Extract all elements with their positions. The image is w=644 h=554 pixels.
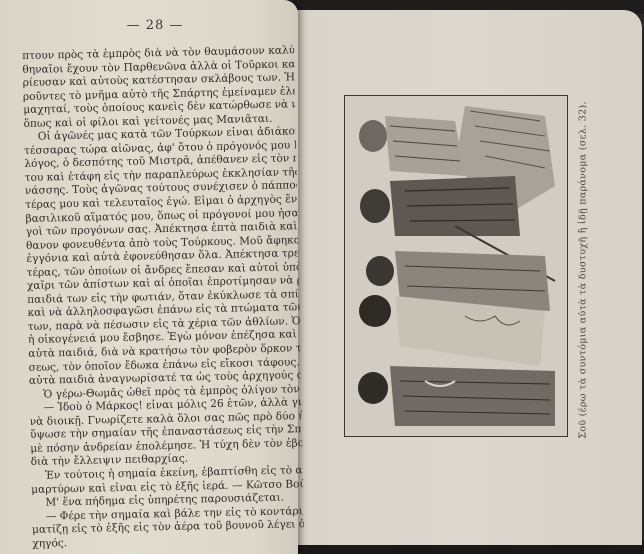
book-spread: Σοῦ (έρω τὰ συντόμια αὐτὰ τὰ δυστυχῆ ἢ ἰ… bbox=[0, 0, 644, 554]
caption-text: Σοῦ (έρω τὰ συντόμια αὐτὰ τὰ δυστυχῆ ἢ ἰ… bbox=[578, 101, 589, 439]
page-number: — 28 — bbox=[110, 18, 200, 33]
left-page: — 28 — πτουν πρὸς τὰ ἐμπρὸς διὰ νὰ τὸν θ… bbox=[0, 0, 298, 554]
body-text: πτουν πρὸς τὰ ἐμπρὸς διὰ νὰ τὸν θαυμάσου… bbox=[22, 44, 304, 551]
illustration-engraving bbox=[344, 95, 568, 437]
engraving-figures-icon bbox=[345, 96, 567, 436]
